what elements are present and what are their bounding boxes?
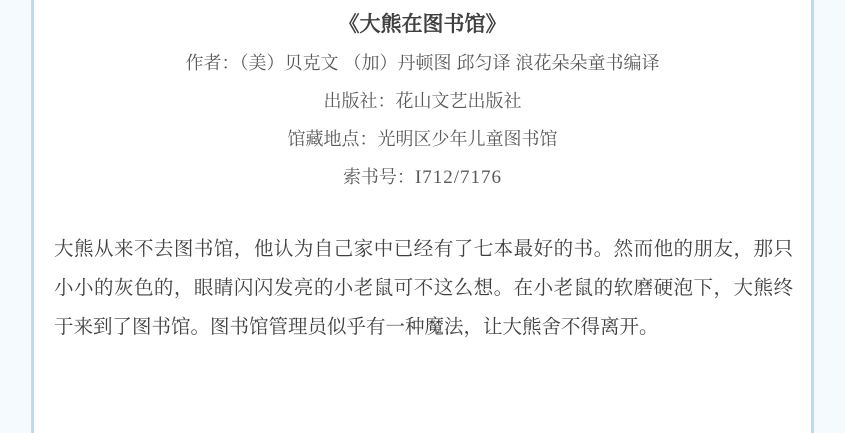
book-author-line: 作者：（美）贝克文 （加）丹顿图 邱匀译 浪花朵朵童书编译 [34, 44, 811, 82]
book-call-number-line: 索书号：I712/7176 [34, 158, 811, 197]
book-title: 《大熊在图书馆》 [34, 6, 811, 44]
article-content: 《大熊在图书馆》 作者：（美）贝克文 （加）丹顿图 邱匀译 浪花朵朵童书编译 出… [34, 0, 811, 433]
right-gutter [811, 0, 845, 433]
article-page: 《大熊在图书馆》 作者：（美）贝克文 （加）丹顿图 邱匀译 浪花朵朵童书编译 出… [0, 0, 845, 433]
book-location-line: 馆藏地点：光明区少年儿童图书馆 [34, 120, 811, 158]
book-summary-paragraph: 大熊从来不去图书馆，他认为自己家中已经有了七本最好的书。然而他的朋友，那只小小的… [34, 230, 811, 347]
book-publisher-line: 出版社：花山文艺出版社 [34, 82, 811, 120]
call-number-value: I712/7176 [415, 167, 502, 188]
call-number-label: 索书号： [343, 167, 415, 187]
left-gutter [0, 0, 34, 433]
